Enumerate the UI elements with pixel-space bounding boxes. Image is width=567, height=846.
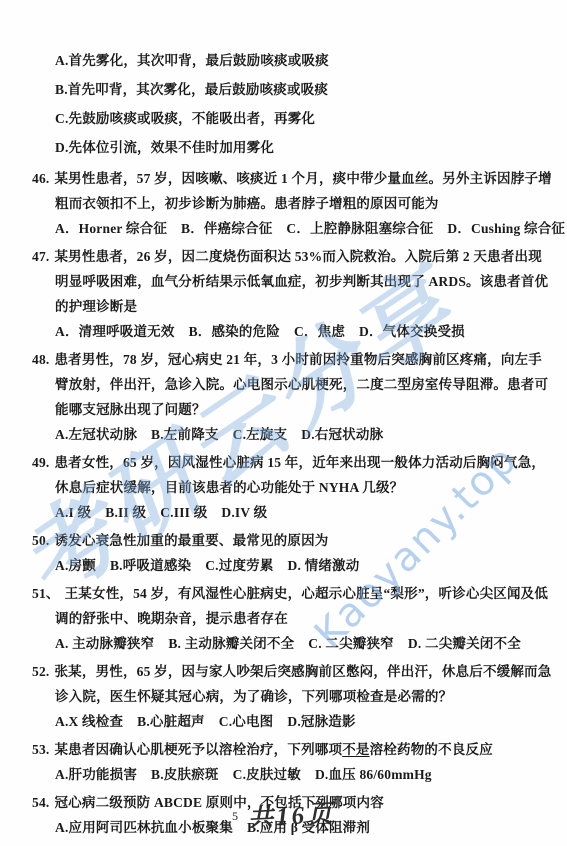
- option: C.过度劳累: [205, 553, 273, 578]
- option: D. 情绪激动: [288, 553, 360, 578]
- question-stem-underlined-text: 不是: [342, 742, 369, 757]
- page-number: 5: [232, 809, 238, 824]
- option: A.I 级: [55, 500, 91, 525]
- carryover-option-line: C.先鼓励咳痰或吸痰，不能吸出者，再雾化: [32, 104, 553, 133]
- carryover-option-line: D.先体位引流，效果不佳时加用雾化: [32, 133, 553, 162]
- question-stem: 51、王某女性，54 岁，有风湿性心脏病史，心超示心脏呈“梨形”，听诊心尖区闻及…: [55, 581, 553, 631]
- question-number: 49.: [32, 455, 49, 470]
- option: D.血压 86/60mmHg: [315, 762, 432, 787]
- carryover-option-line: A.首先雾化，其次叩背，最后鼓励咳痰或吸痰: [32, 46, 553, 75]
- options-row: A.房颤B.呼吸道感染C.过度劳累D. 情绪激动: [55, 553, 553, 578]
- option: C．上腔静脉阻塞综合征: [286, 216, 433, 241]
- option: C．焦虑: [294, 319, 345, 344]
- question-stem: 49.患者女性，65 岁，因风湿性心脏病 15 年，近年来出现一般体力活动后胸闷…: [55, 450, 553, 500]
- carryover-option-line: B.首先叩背，其次雾化，最后鼓励咳痰或吸痰: [32, 75, 553, 104]
- question-52: 52.张某，男性，65 岁，因与家人吵架后突感胸前区憋闷，伴出汗，休息后不缓解而…: [32, 659, 553, 734]
- question-number: 52.: [32, 664, 49, 679]
- option: C.皮肤过敏: [233, 762, 301, 787]
- options-row: A.左冠状动脉B.左前降支C.左旋支D.右冠状动脉: [55, 422, 553, 447]
- question-number: 53.: [32, 742, 49, 757]
- option: D．气体交换受损: [359, 319, 465, 344]
- question-stem: 46.某男性患者，57 岁，因咳嗽、咳痰近 1 个月，痰中带少量血丝。另外主诉因…: [55, 166, 553, 216]
- option: B.呼吸道感染: [110, 553, 191, 578]
- option: D.IV 级: [221, 500, 267, 525]
- options-row: A.肝功能损害B.皮肤瘀斑C.皮肤过敏D.血压 86/60mmHg: [55, 762, 553, 787]
- option: A.房颤: [55, 553, 96, 578]
- option: D．Cushing 综合征: [447, 216, 565, 241]
- question-stem: 48.患者男性，78 岁，冠心病史 21 年，3 小时前因拎重物后突感胸前区疼痛…: [55, 347, 553, 422]
- question-50: 50.诱发心衰急性加重的最重要、最常见的原因为A.房颤B.呼吸道感染C.过度劳累…: [32, 528, 553, 578]
- question-number: 51、: [32, 586, 60, 601]
- question-stem-text: 患者女性，65 岁，因风湿性心脏病 15 年，近年来出现一般体力活动后胸闷气急，…: [54, 455, 545, 495]
- question-stem-text: 某患者因确认心肌梗死予以溶栓治疗，下列哪项: [54, 742, 342, 757]
- option: B.心脏超声: [137, 709, 205, 734]
- question-47: 47.某男性患者，26 岁，因二度烧伤面积达 53%而入院救治。入院后第 2 天…: [32, 244, 553, 344]
- option: A. 主动脉瓣狭窄: [55, 631, 154, 656]
- option: A．Horner 综合征: [55, 216, 167, 241]
- question-stem: 47.某男性患者，26 岁，因二度烧伤面积达 53%而入院救治。入院后第 2 天…: [55, 244, 553, 319]
- question-number: 47.: [32, 249, 49, 264]
- question-stem-text: 某男性患者，26 岁，因二度烧伤面积达 53%而入院救治。入院后第 2 天患者出…: [54, 249, 548, 314]
- option: B.左前降支: [151, 422, 219, 447]
- question-number: 48.: [32, 352, 49, 367]
- exam-scan-page: 考研云分享 Kaoyany.top A.首先雾化，其次叩背，最后鼓励咳痰或吸痰B…: [0, 0, 567, 846]
- question-46: 46.某男性患者，57 岁，因咳嗽、咳痰近 1 个月，痰中带少量血丝。另外主诉因…: [32, 166, 553, 241]
- option: A.肝功能损害: [55, 762, 137, 787]
- options-row: A．清理呼吸道无效B．感染的危险C．焦虑D．气体交换受损: [55, 319, 553, 344]
- option: B.皮肤瘀斑: [151, 762, 219, 787]
- question-stem-text: 王某女性，54 岁，有风湿性心脏病史，心超示心脏呈“梨形”，听诊心尖区闻及低调的…: [55, 586, 548, 626]
- option: D. 二尖瓣关闭不全: [408, 631, 521, 656]
- option: D.冠脉造影: [287, 709, 355, 734]
- questions-block: 46.某男性患者，57 岁，因咳嗽、咳痰近 1 个月，痰中带少量血丝。另外主诉因…: [32, 166, 553, 840]
- question-51: 51、王某女性，54 岁，有风湿性心脏病史，心超示心脏呈“梨形”，听诊心尖区闻及…: [32, 581, 553, 656]
- question-stem-text: 张某，男性，65 岁，因与家人吵架后突感胸前区憋闷，伴出汗，休息后不缓解而急诊入…: [54, 664, 551, 704]
- question-49: 49.患者女性，65 岁，因风湿性心脏病 15 年，近年来出现一般体力活动后胸闷…: [32, 450, 553, 525]
- question-stem-text: 某男性患者，57 岁，因咳嗽、咳痰近 1 个月，痰中带少量血丝。另外主诉因脖子增…: [54, 171, 551, 211]
- question-stem: 52.张某，男性，65 岁，因与家人吵架后突感胸前区憋闷，伴出汗，休息后不缓解而…: [55, 659, 553, 709]
- option: B. 主动脉瓣关闭不全: [168, 631, 294, 656]
- options-row: A. 主动脉瓣狭窄B. 主动脉瓣关闭不全C. 二尖瓣狭窄D. 二尖瓣关闭不全: [55, 631, 553, 656]
- options-row: A．Horner 综合征B．伴癌综合征C．上腔静脉阻塞综合征D．Cushing …: [55, 216, 553, 241]
- question-stem: 53.某患者因确认心肌梗死予以溶栓治疗，下列哪项不是溶栓药物的不良反应: [55, 737, 553, 762]
- page-footer: 5 共16页: [0, 796, 567, 832]
- option: B．感染的危险: [189, 319, 280, 344]
- question-48: 48.患者男性，78 岁，冠心病史 21 年，3 小时前因拎重物后突感胸前区疼痛…: [32, 347, 553, 447]
- question-number: 46.: [32, 171, 49, 186]
- options-row: A.X 线检查B.心脏超声C.心电图D.冠脉造影: [55, 709, 553, 734]
- option: B．伴癌综合征: [181, 216, 272, 241]
- question-53: 53.某患者因确认心肌梗死予以溶栓治疗，下列哪项不是溶栓药物的不良反应A.肝功能…: [32, 737, 553, 787]
- question-number: 50.: [32, 533, 49, 548]
- option: A.左冠状动脉: [55, 422, 137, 447]
- options-row: A.I 级B.II 级C.III 级D.IV 级: [55, 500, 553, 525]
- question-stem: 50.诱发心衰急性加重的最重要、最常见的原因为: [55, 528, 553, 553]
- option: A.X 线检查: [55, 709, 123, 734]
- question-stem-text: 溶栓药物的不良反应: [370, 742, 493, 757]
- option: B.II 级: [105, 500, 146, 525]
- option: C.心电图: [219, 709, 274, 734]
- option: C.III 级: [160, 500, 207, 525]
- question-stem-text: 诱发心衰急性加重的最重要、最常见的原因为: [54, 533, 328, 548]
- handwritten-page-count-note: 共16页: [247, 794, 336, 835]
- option: C.左旋支: [233, 422, 288, 447]
- question-stem-text: 患者男性，78 岁，冠心病史 21 年，3 小时前因拎重物后突感胸前区疼痛，向左…: [54, 352, 548, 417]
- question-list: A.首先雾化，其次叩背，最后鼓励咳痰或吸痰B.首先叩背，其次雾化，最后鼓励咳痰或…: [0, 0, 567, 840]
- option: D.右冠状动脉: [301, 422, 383, 447]
- option: C. 二尖瓣狭窄: [308, 631, 394, 656]
- option: A．清理呼吸道无效: [55, 319, 175, 344]
- carryover-options-block: A.首先雾化，其次叩背，最后鼓励咳痰或吸痰B.首先叩背，其次雾化，最后鼓励咳痰或…: [32, 46, 553, 162]
